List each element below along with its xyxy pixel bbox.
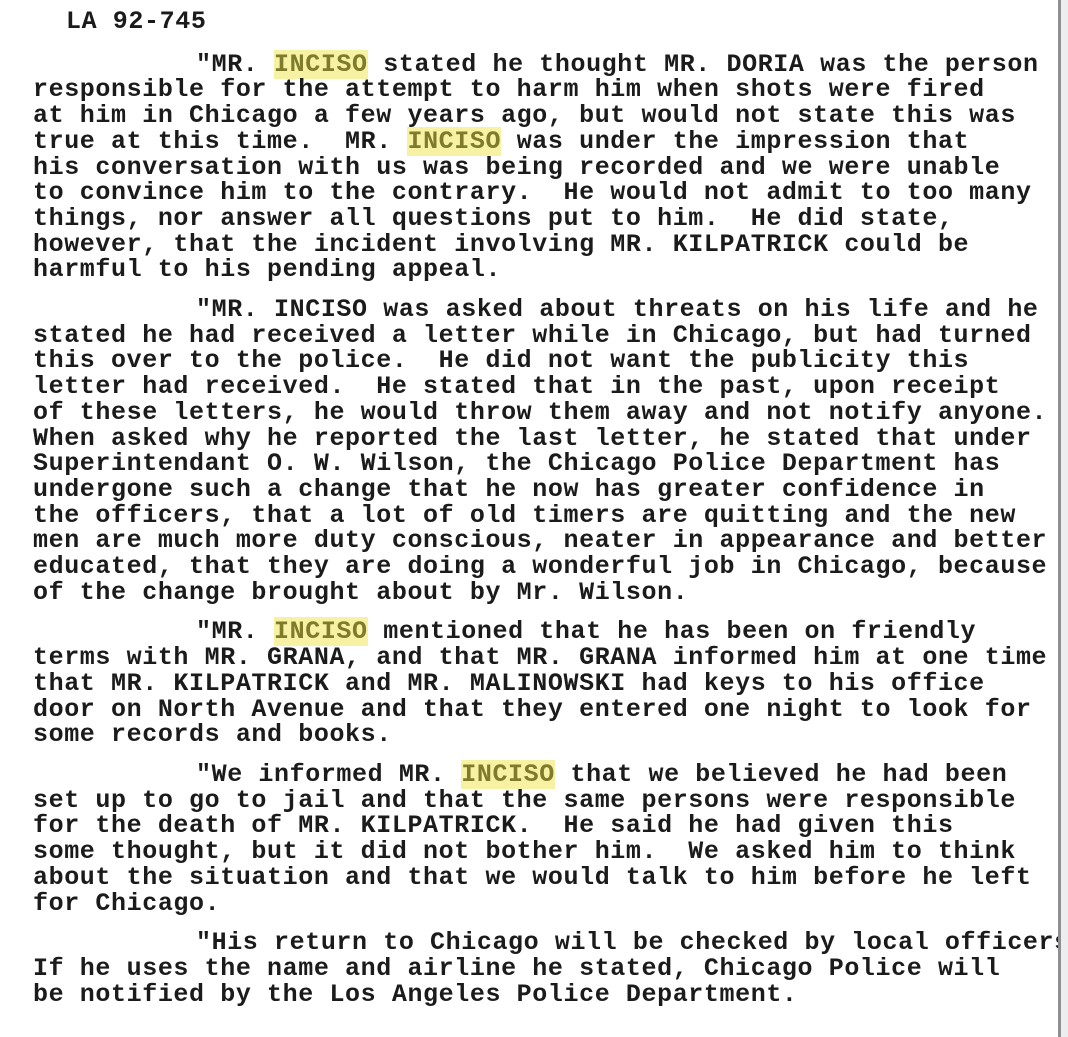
- text-line: "MR. INCISO stated he thought MR. DORIA …: [33, 52, 1068, 78]
- text-segment: at him in Chicago a few years ago, but w…: [33, 101, 1016, 130]
- highlighted-name: INCISO: [461, 760, 555, 789]
- text-segment: set up to go to jail and that the same p…: [33, 786, 1016, 815]
- text-segment: however, that the incident involving MR.…: [33, 230, 969, 259]
- text-line: undergone such a change that he now has …: [33, 477, 1068, 503]
- text-segment: harmful to his pending appeal.: [33, 255, 501, 284]
- text-line: at him in Chicago a few years ago, but w…: [33, 103, 1068, 129]
- highlighted-name: INCISO: [407, 127, 501, 156]
- paragraph: "His return to Chicago will be checked b…: [33, 930, 1068, 1007]
- text-segment: of these letters, he would throw them aw…: [33, 398, 1047, 427]
- text-segment: mentioned that he has been on friendly: [368, 617, 977, 646]
- paragraph: "MR. INCISO was asked about threats on h…: [33, 297, 1068, 605]
- text-line: his conversation with us was being recor…: [33, 155, 1068, 181]
- text-segment: true at this time. MR.: [33, 127, 407, 156]
- text-segment: men are much more duty conscious, neater…: [33, 526, 1047, 555]
- text-segment: some records and books.: [33, 720, 392, 749]
- text-segment: responsible for the attempt to harm him …: [33, 75, 985, 104]
- text-segment: door on North Avenue and that they enter…: [33, 695, 1032, 724]
- case-number: LA 92-745: [66, 9, 1068, 35]
- document-page: LA 92-745 "MR. INCISO stated he thought …: [0, 0, 1068, 1037]
- text-line: "MR. INCISO mentioned that he has been o…: [33, 619, 1068, 645]
- text-line: that MR. KILPATRICK and MR. MALINOWSKI h…: [33, 671, 1068, 697]
- text-segment: educated, that they are doing a wonderfu…: [33, 552, 1047, 581]
- text-line: "MR. INCISO was asked about threats on h…: [33, 297, 1068, 323]
- text-line: to convince him to the contrary. He woul…: [33, 180, 1068, 206]
- text-segment: about the situation and that we would ta…: [33, 863, 1032, 892]
- text-line: When asked why he reported the last lett…: [33, 426, 1068, 452]
- text-segment: things, nor answer all questions put to …: [33, 204, 954, 233]
- text-segment: the officers, that a lot of old timers a…: [33, 501, 1016, 530]
- text-line: "We informed MR. INCISO that we believed…: [33, 762, 1068, 788]
- document-content: LA 92-745 "MR. INCISO stated he thought …: [0, 0, 1068, 1007]
- text-line: If he uses the name and airline he state…: [33, 956, 1068, 982]
- text-segment: was under the impression that: [501, 127, 969, 156]
- text-line: letter had received. He stated that in t…: [33, 374, 1068, 400]
- text-line: some records and books.: [33, 722, 1068, 748]
- text-line: for Chicago.: [33, 891, 1068, 917]
- text-segment: stated he thought MR. DORIA was the pers…: [368, 50, 1039, 79]
- text-segment: some thought, but it did not bother him.…: [33, 837, 1016, 866]
- text-line: stated he had received a letter while in…: [33, 323, 1068, 349]
- paragraph: "MR. INCISO stated he thought MR. DORIA …: [33, 52, 1068, 283]
- text-segment: "MR. INCISO was asked about threats on h…: [196, 295, 1039, 324]
- text-line: educated, that they are doing a wonderfu…: [33, 554, 1068, 580]
- text-segment: "His return to Chicago will be checked b…: [196, 928, 1068, 957]
- text-segment: to convince him to the contrary. He woul…: [33, 178, 1032, 207]
- paragraph: "MR. INCISO mentioned that he has been o…: [33, 619, 1068, 748]
- text-segment: terms with MR. GRANA, and that MR. GRANA…: [33, 643, 1047, 672]
- text-segment: his conversation with us was being recor…: [33, 153, 1000, 182]
- text-segment: for Chicago.: [33, 889, 220, 918]
- text-segment: stated he had received a letter while in…: [33, 321, 1032, 350]
- text-line: of these letters, he would throw them aw…: [33, 400, 1068, 426]
- page-edge-shadow: [1058, 0, 1068, 1037]
- highlighted-name: INCISO: [274, 50, 368, 79]
- text-line: some thought, but it did not bother him.…: [33, 839, 1068, 865]
- text-segment: for the death of MR. KILPATRICK. He said…: [33, 811, 954, 840]
- text-segment: Superintendant O. W. Wilson, the Chicago…: [33, 449, 1000, 478]
- text-line: of the change brought about by Mr. Wilso…: [33, 580, 1068, 606]
- document-body: "MR. INCISO stated he thought MR. DORIA …: [33, 52, 1068, 1008]
- text-line: "His return to Chicago will be checked b…: [33, 930, 1068, 956]
- text-segment: be notified by the Los Angeles Police De…: [33, 980, 798, 1009]
- highlighted-name: INCISO: [274, 617, 368, 646]
- text-line: Superintendant O. W. Wilson, the Chicago…: [33, 451, 1068, 477]
- paragraph: "We informed MR. INCISO that we believed…: [33, 762, 1068, 916]
- text-segment: this over to the police. He did not want…: [33, 346, 969, 375]
- text-segment: "MR.: [196, 617, 274, 646]
- text-line: be notified by the Los Angeles Police De…: [33, 982, 1068, 1008]
- text-line: set up to go to jail and that the same p…: [33, 788, 1068, 814]
- text-line: things, nor answer all questions put to …: [33, 206, 1068, 232]
- text-segment: When asked why he reported the last lett…: [33, 424, 1032, 453]
- text-line: true at this time. MR. INCISO was under …: [33, 129, 1068, 155]
- text-segment: If he uses the name and airline he state…: [33, 954, 1000, 983]
- text-segment: "We informed MR.: [196, 760, 461, 789]
- text-line: however, that the incident involving MR.…: [33, 232, 1068, 258]
- text-line: about the situation and that we would ta…: [33, 865, 1068, 891]
- text-segment: that we believed he had been: [555, 760, 1007, 789]
- text-line: terms with MR. GRANA, and that MR. GRANA…: [33, 645, 1068, 671]
- text-line: men are much more duty conscious, neater…: [33, 528, 1068, 554]
- text-segment: undergone such a change that he now has …: [33, 475, 985, 504]
- text-line: this over to the police. He did not want…: [33, 348, 1068, 374]
- text-line: harmful to his pending appeal.: [33, 257, 1068, 283]
- text-segment: "MR.: [196, 50, 274, 79]
- text-segment: letter had received. He stated that in t…: [33, 372, 1000, 401]
- text-segment: of the change brought about by Mr. Wilso…: [33, 578, 688, 607]
- text-line: the officers, that a lot of old timers a…: [33, 503, 1068, 529]
- text-line: responsible for the attempt to harm him …: [33, 77, 1068, 103]
- text-segment: that MR. KILPATRICK and MR. MALINOWSKI h…: [33, 669, 985, 698]
- text-line: for the death of MR. KILPATRICK. He said…: [33, 813, 1068, 839]
- text-line: door on North Avenue and that they enter…: [33, 697, 1068, 723]
